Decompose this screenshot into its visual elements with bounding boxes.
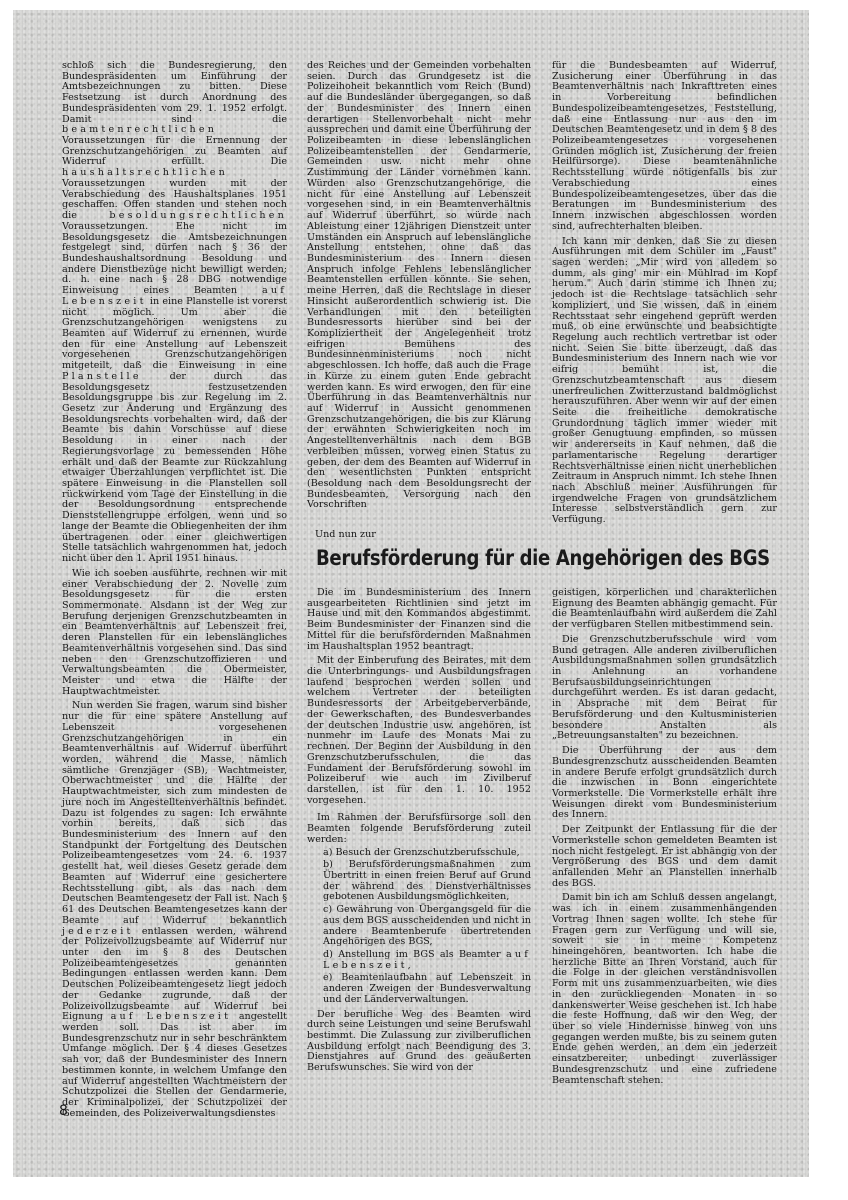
list-item: c) Gewährung von Übergangsgeld für die a… bbox=[307, 905, 531, 948]
paragraph: Nun werden Sie fragen, warum sind bisher… bbox=[62, 701, 287, 1119]
paragraph: Mit der Einberufung des Beirates, mit de… bbox=[307, 656, 531, 806]
paragraph: für die Bundesbeamten auf Widerruf, Zusi… bbox=[552, 61, 777, 233]
paragraph: Der berufliche Weg des Beamten wird durc… bbox=[307, 1010, 531, 1074]
paragraph: Wie ich soeben ausführte, rechnen wir mi… bbox=[62, 569, 287, 698]
section-headline: Berufsförderung für die Angehörigen des … bbox=[316, 546, 729, 570]
text-run: der durch das Besoldungsgesetz festzuset… bbox=[62, 371, 287, 564]
list-item: b) Berufsförderungsmaßnahmen zum Übertri… bbox=[307, 860, 531, 903]
spaced-emphasis: haushaltsrechtlichen bbox=[62, 167, 228, 178]
paragraph: Die Grenzschutzberufsschule wird vom Bun… bbox=[552, 635, 777, 742]
text-run: angestellt werden soll. Das ist aber im … bbox=[62, 1011, 287, 1118]
paragraph: geistigen, körperlichen und charakterlic… bbox=[552, 588, 777, 631]
spaced-emphasis: Planstelle bbox=[62, 371, 142, 382]
section-column-right: geistigen, körperlichen und charakterlic… bbox=[552, 588, 777, 1086]
paragraph: Ich kann mir denken, daß Sie zu diesen A… bbox=[552, 237, 777, 526]
text-column-right: für die Bundesbeamten auf Widerruf, Zusi… bbox=[552, 61, 777, 526]
paragraph: Im Rahmen der Berufsfürsorge soll den Be… bbox=[307, 813, 531, 845]
text-run: in eine Planstelle ist vorerst nicht mög… bbox=[62, 296, 287, 371]
paragraph: Damit bin ich am Schluß dessen angelangt… bbox=[552, 893, 777, 1086]
text-run: Voraussetzungen. Ehe nicht im Besoldungs… bbox=[62, 221, 287, 296]
paragraph: schloß sich die Bundesregierung, den Bun… bbox=[62, 61, 287, 565]
paragraph: Der Zeitpunkt der Entlassung für die der… bbox=[552, 825, 777, 889]
section-intro: Und nun zur bbox=[315, 529, 376, 540]
spaced-emphasis: auf Lebenszeit bbox=[111, 1011, 232, 1022]
text-run: d) Anstellung im BGS als Beamter bbox=[323, 949, 501, 960]
text-column-left: schloß sich die Bundesregierung, den Bun… bbox=[62, 61, 287, 1119]
spaced-emphasis: jederzeit bbox=[62, 926, 134, 937]
spaced-emphasis: besoldungsrechtlichen bbox=[109, 210, 287, 221]
text-run: Voraussetzungen für die Ernennung der Gr… bbox=[62, 135, 287, 167]
paragraph: Die Überführung der aus dem Bundesgrenzs… bbox=[552, 746, 777, 821]
section-column-middle: Die im Bundesministerium des Innern ausg… bbox=[307, 588, 531, 1074]
page-number: 8 bbox=[59, 1103, 68, 1119]
spaced-emphasis: beamtenrechtlichen bbox=[62, 124, 217, 135]
paragraph: Die im Bundesministerium des Innern ausg… bbox=[307, 588, 531, 652]
text-run: Nun werden Sie fragen, warum sind bisher… bbox=[62, 700, 287, 925]
text-column-middle: des Reiches und der Gemeinden vorbehalte… bbox=[307, 61, 531, 511]
paragraph: des Reiches und der Gemeinden vorbehalte… bbox=[307, 61, 531, 511]
text-run: entlassen werden, während der Polizeivol… bbox=[62, 926, 287, 1023]
list-item: d) Anstellung im BGS als Beamter auf Leb… bbox=[307, 950, 531, 971]
list-item: e) Beamtenlaufbahn auf Lebenszeit in and… bbox=[307, 973, 531, 1005]
list-item: a) Besuch der Grenzschutzberufsschule, bbox=[307, 848, 531, 859]
text-run: schloß sich die Bundesregierung, den Bun… bbox=[62, 60, 287, 125]
